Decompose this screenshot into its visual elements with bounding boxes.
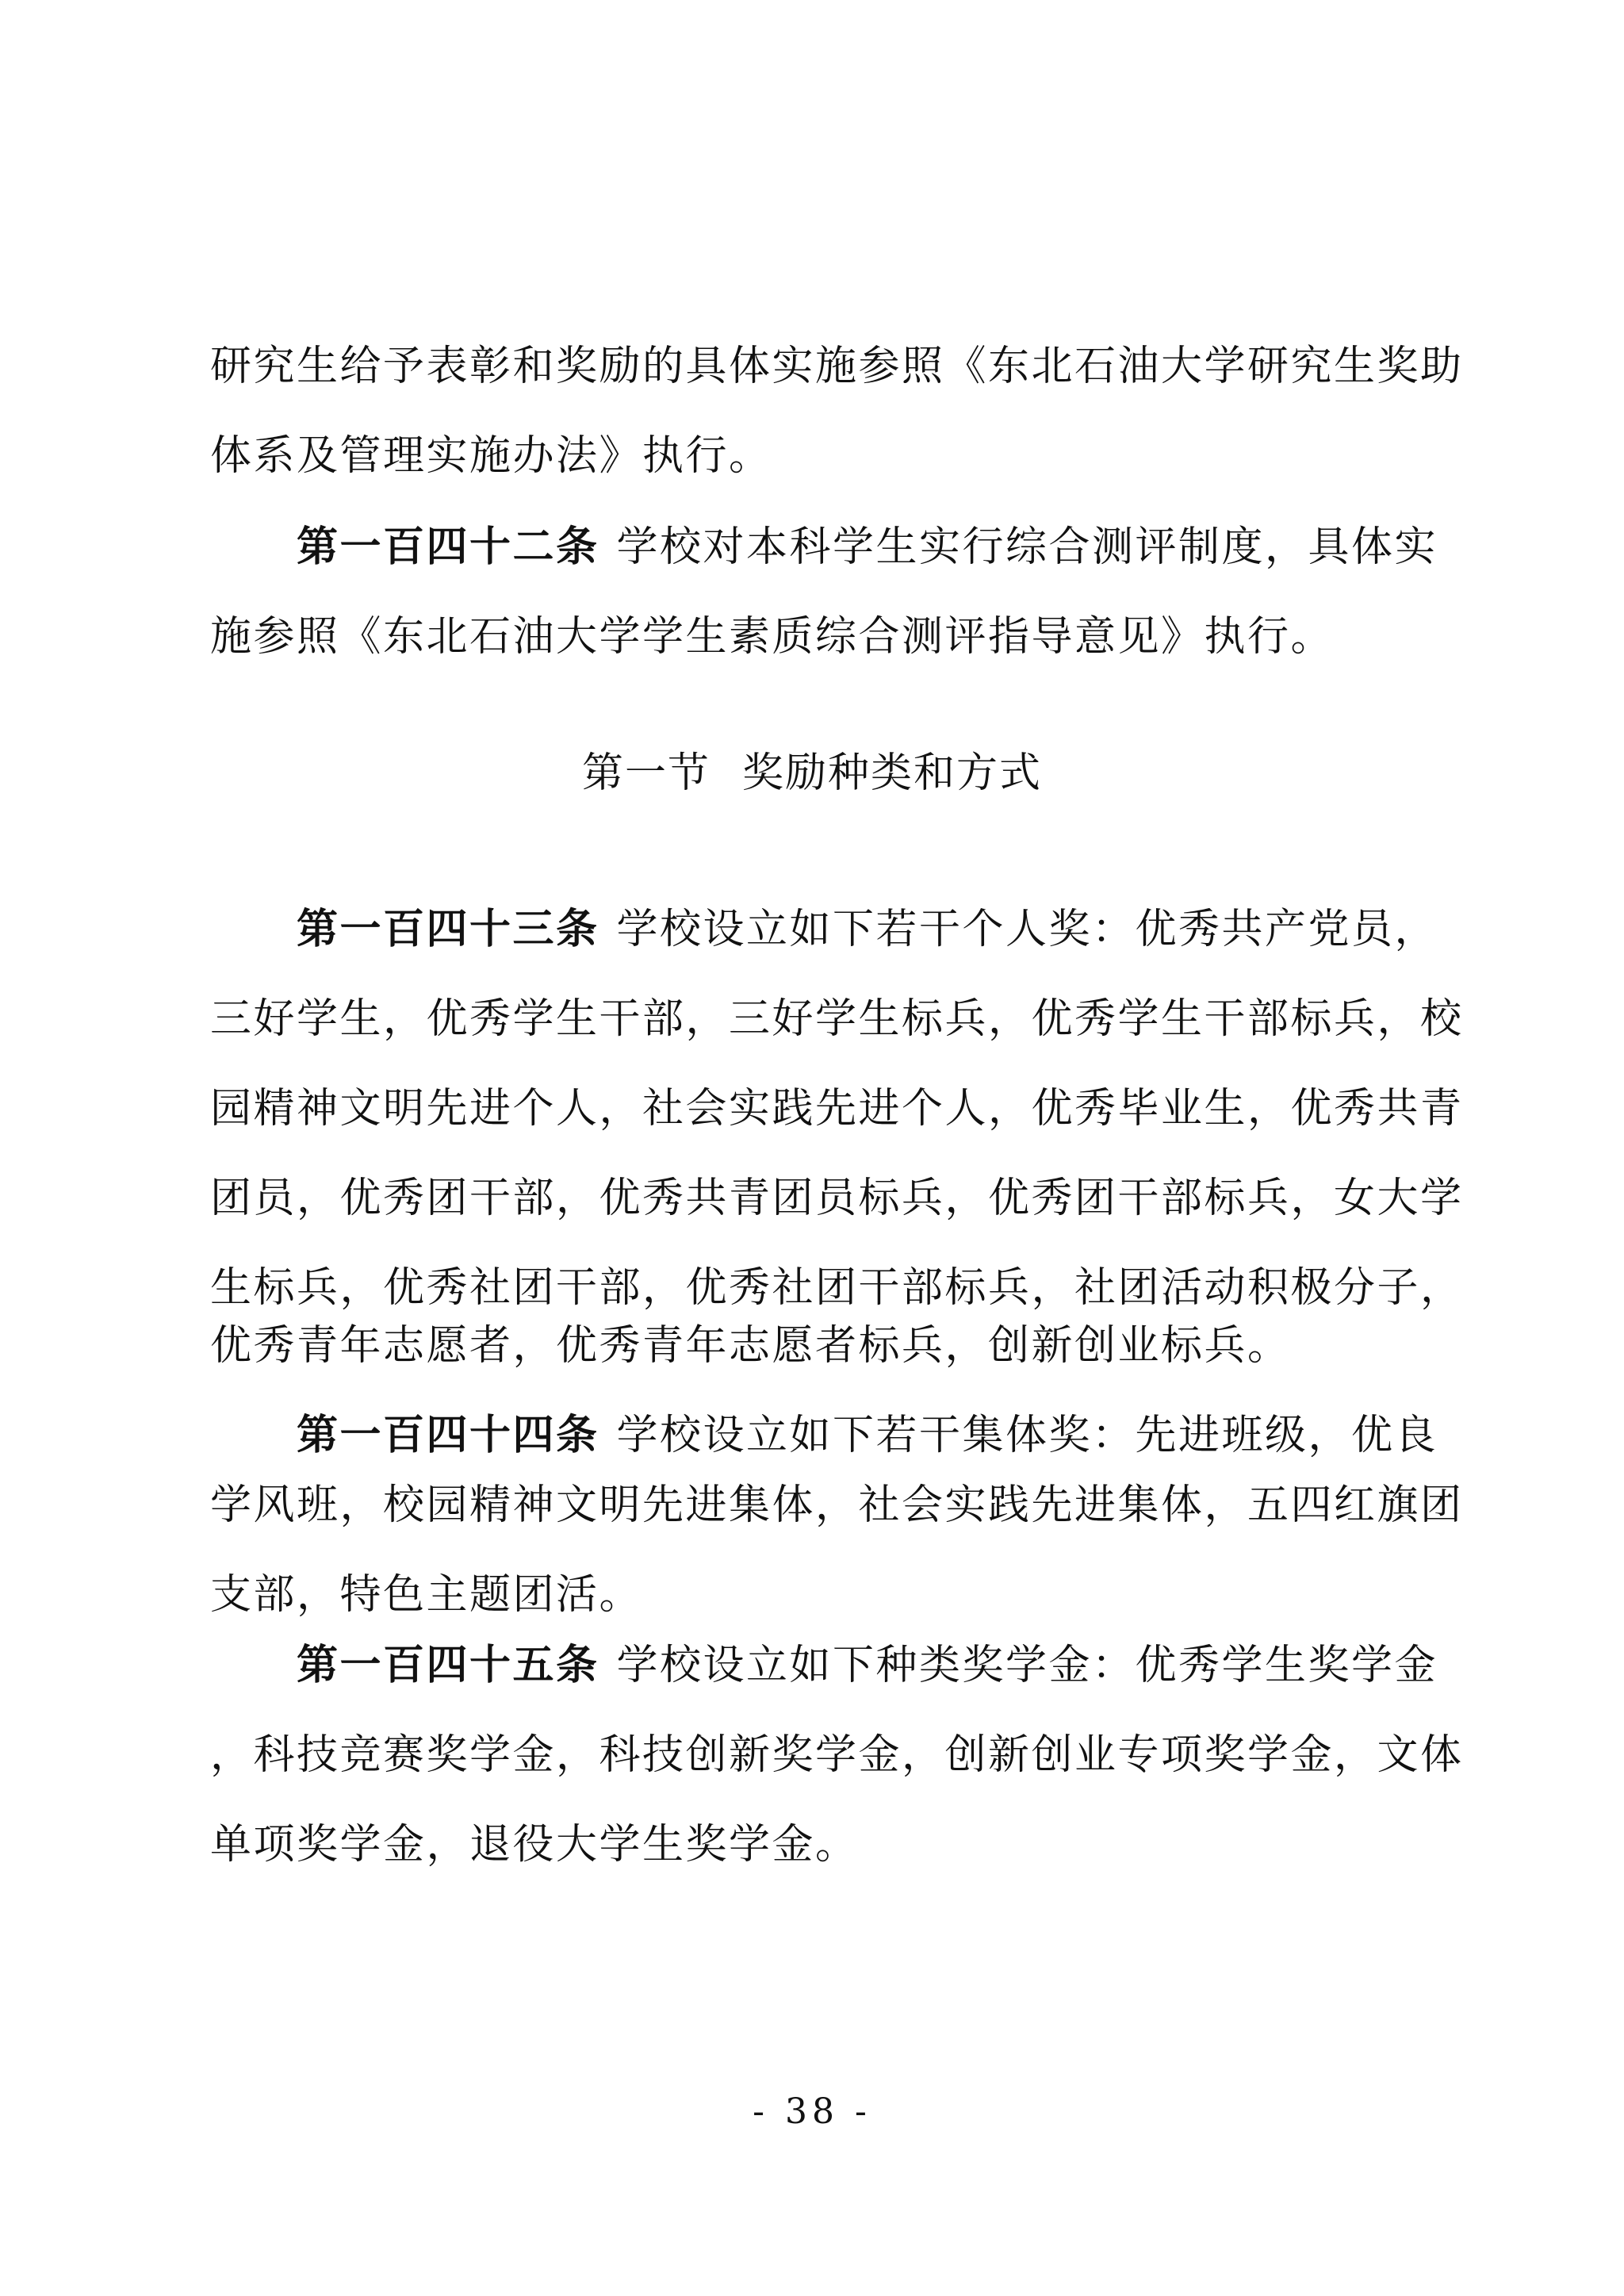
paragraph-line: 支部，特色主题团活。 bbox=[210, 1571, 642, 1619]
paragraph-line: 单项奖学金，退役大学生奖学金。 bbox=[210, 1821, 859, 1869]
paragraph-line: 生标兵，优秀社团干部，优秀社团干部标兵，社团活动积极分子， bbox=[210, 1264, 1464, 1312]
section-number: 第一节 bbox=[582, 749, 710, 797]
article-142-first-line: 第一百四十二条学校对本科学生实行综合测评制度，具体实 bbox=[297, 523, 1438, 571]
article-number: 第一百四十三条 bbox=[297, 906, 599, 953]
article-text: 学校设立如下若干集体奖：先进班级，优良 bbox=[617, 1412, 1438, 1459]
article-145-first-line: 第一百四十五条学校设立如下种类奖学金：优秀学生奖学金 bbox=[297, 1642, 1438, 1689]
paragraph-line: 学风班，校园精神文明先进集体，社会实践先进集体，五四红旗团 bbox=[210, 1481, 1464, 1529]
article-number: 第一百四十四条 bbox=[297, 1412, 599, 1459]
article-text: 学校对本科学生实行综合测评制度，具体实 bbox=[617, 523, 1438, 571]
article-144-first-line: 第一百四十四条学校设立如下若干集体奖：先进班级，优良 bbox=[297, 1412, 1438, 1459]
article-number: 第一百四十五条 bbox=[297, 1642, 599, 1689]
article-text: 学校设立如下若干个人奖：优秀共产党员， bbox=[617, 906, 1438, 953]
paragraph-line: 团员，优秀团干部，优秀共青团员标兵，优秀团干部标兵，女大学 bbox=[210, 1175, 1464, 1222]
document-page: 研究生给予表彰和奖励的具体实施参照《东北石油大学研究生奖助 体系及管理实施办法》… bbox=[0, 0, 1624, 2296]
paragraph-line: ，科技竞赛奖学金，科技创新奖学金，创新创业专项奖学金，文体 bbox=[210, 1731, 1464, 1779]
paragraph-line: 园精神文明先进个人，社会实践先进个人，优秀毕业生，优秀共青 bbox=[210, 1085, 1464, 1133]
page-number: - 38 - bbox=[0, 2092, 1624, 2132]
article-number: 第一百四十二条 bbox=[297, 523, 599, 571]
paragraph-line: 研究生给予表彰和奖励的具体实施参照《东北石油大学研究生奖助 bbox=[210, 343, 1464, 390]
section-title: 奖励种类和方式 bbox=[742, 749, 1042, 797]
paragraph-line: 施参照《东北石油大学学生素质综合测评指导意见》执行。 bbox=[210, 613, 1334, 661]
article-143-first-line: 第一百四十三条学校设立如下若干个人奖：优秀共产党员， bbox=[297, 906, 1438, 953]
section-heading: 第一节奖励种类和方式 bbox=[0, 749, 1624, 797]
article-text: 学校设立如下种类奖学金：优秀学生奖学金 bbox=[617, 1642, 1438, 1689]
paragraph-line: 体系及管理实施办法》执行。 bbox=[210, 432, 772, 480]
paragraph-line: 三好学生，优秀学生干部，三好学生标兵，优秀学生干部标兵，校 bbox=[210, 995, 1464, 1043]
paragraph-line: 优秀青年志愿者，优秀青年志愿者标兵，创新创业标兵。 bbox=[210, 1322, 1291, 1370]
